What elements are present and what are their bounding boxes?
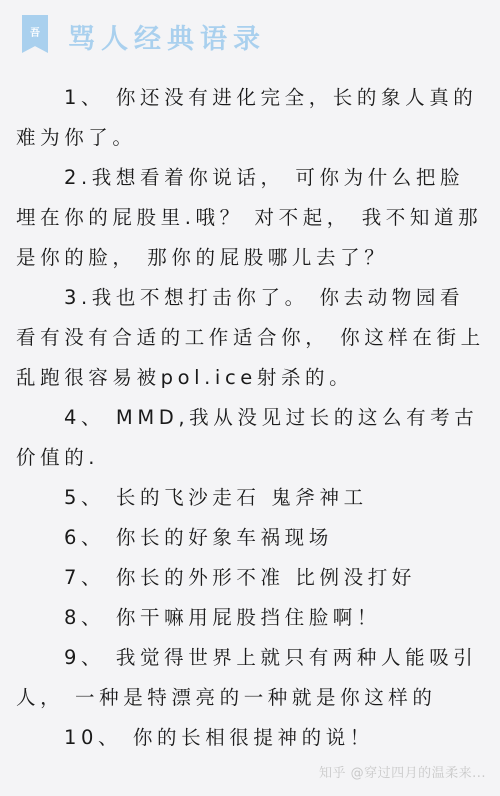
watermark: 知乎 @穿过四月的温柔来... — [319, 762, 486, 781]
quote-item: 7、 你长的外形不准 比例没打好 — [16, 558, 486, 598]
quote-item: 5、 长的飞沙走石 鬼斧神工 — [16, 478, 486, 518]
quote-item: 9、 我觉得世界上就只有两种人能吸引人， 一种是特漂亮的一种就是你这样的 — [16, 638, 486, 718]
quote-item: 8、 你干嘛用屁股挡住脸啊！ — [16, 598, 486, 638]
bookmark-icon: 吾 — [22, 15, 48, 53]
quote-item: 6、 你长的好象车祸现场 — [16, 518, 486, 558]
quote-list: 1、 你还没有进化完全，长的象人真的难为你了。 2.我想看着你说话， 可你为什么… — [16, 78, 486, 758]
quote-item: 10、 你的长相很提神的说！ — [16, 718, 486, 758]
quote-item: 4、 MMD,我从没见过长的这么有考古价值的. — [16, 398, 486, 478]
quote-item: 1、 你还没有进化完全，长的象人真的难为你了。 — [16, 78, 486, 158]
quote-item: 2.我想看着你说话， 可你为什么把脸埋在你的屁股里.哦？ 对不起， 我不知道那是… — [16, 158, 486, 278]
bookmark-badge-char: 吾 — [30, 24, 40, 39]
quote-item: 3.我也不想打击你了。 你去动物园看看有没有合适的工作适合你， 你这样在街上乱跑… — [16, 278, 486, 398]
page-title: 骂人经典语录 — [68, 17, 266, 56]
header: 吾 骂人经典语录 — [0, 0, 500, 70]
